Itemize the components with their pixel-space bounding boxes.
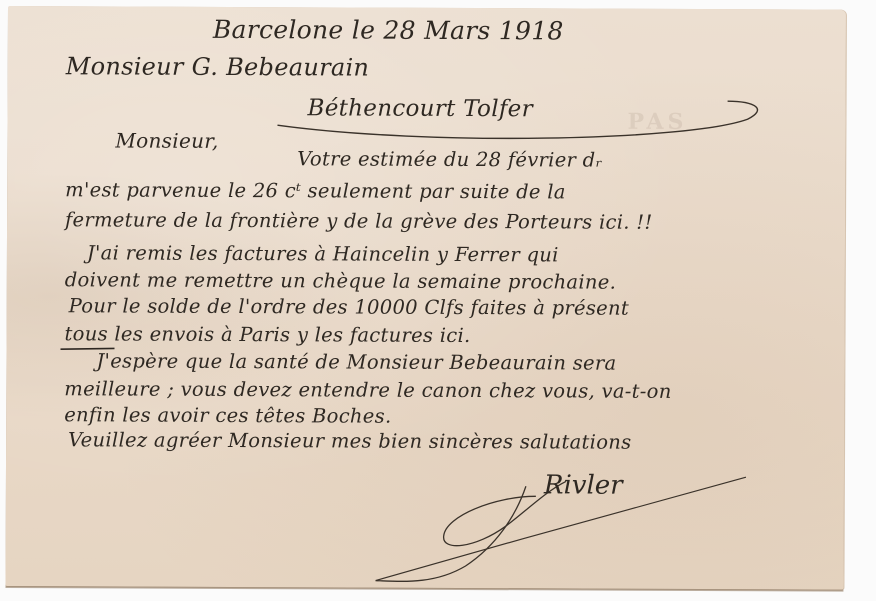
postcard: PAS Barcelone le 28 Mars 1918 Monsieur G… [5, 6, 846, 590]
body-line: J'ai remis les factures à Haincelin y Fe… [87, 241, 559, 266]
letter-salutation: Monsieur, [115, 128, 218, 152]
body-line: m'est parvenue le 26 cᵗ seulement par su… [65, 178, 566, 203]
scan-background: PAS Barcelone le 28 Mars 1918 Monsieur G… [0, 0, 876, 601]
signature-block: Rivler [375, 456, 776, 588]
body-line: J'espère que la santé de Monsieur Bebeau… [96, 349, 616, 374]
body-line: meilleure ; vous devez entendre le canon… [64, 377, 671, 403]
body-line: tous les envois à Paris y les factures i… [65, 322, 471, 347]
body-line: Pour le solde de l'ordre des 10000 Clfs … [69, 294, 629, 319]
body-line: Votre estimée du 28 février dᵣ [297, 147, 602, 171]
closing-line: Veuillez agréer Monsieur mes bien sincèr… [68, 428, 631, 453]
letter-dateline: Barcelone le 28 Mars 1918 [213, 15, 564, 46]
body-line: enfin les avoir ces têtes Boches. [64, 403, 391, 427]
signature-name: Rivler [544, 470, 623, 500]
body-line: doivent me remettre un chèque la semaine… [65, 268, 616, 293]
addressee-name: Monsieur G. Bebeaurain [66, 52, 370, 81]
body-line: fermeture de la frontière y de la grève … [65, 208, 653, 234]
addressee-place: Béthencourt Tolfer [307, 95, 532, 122]
